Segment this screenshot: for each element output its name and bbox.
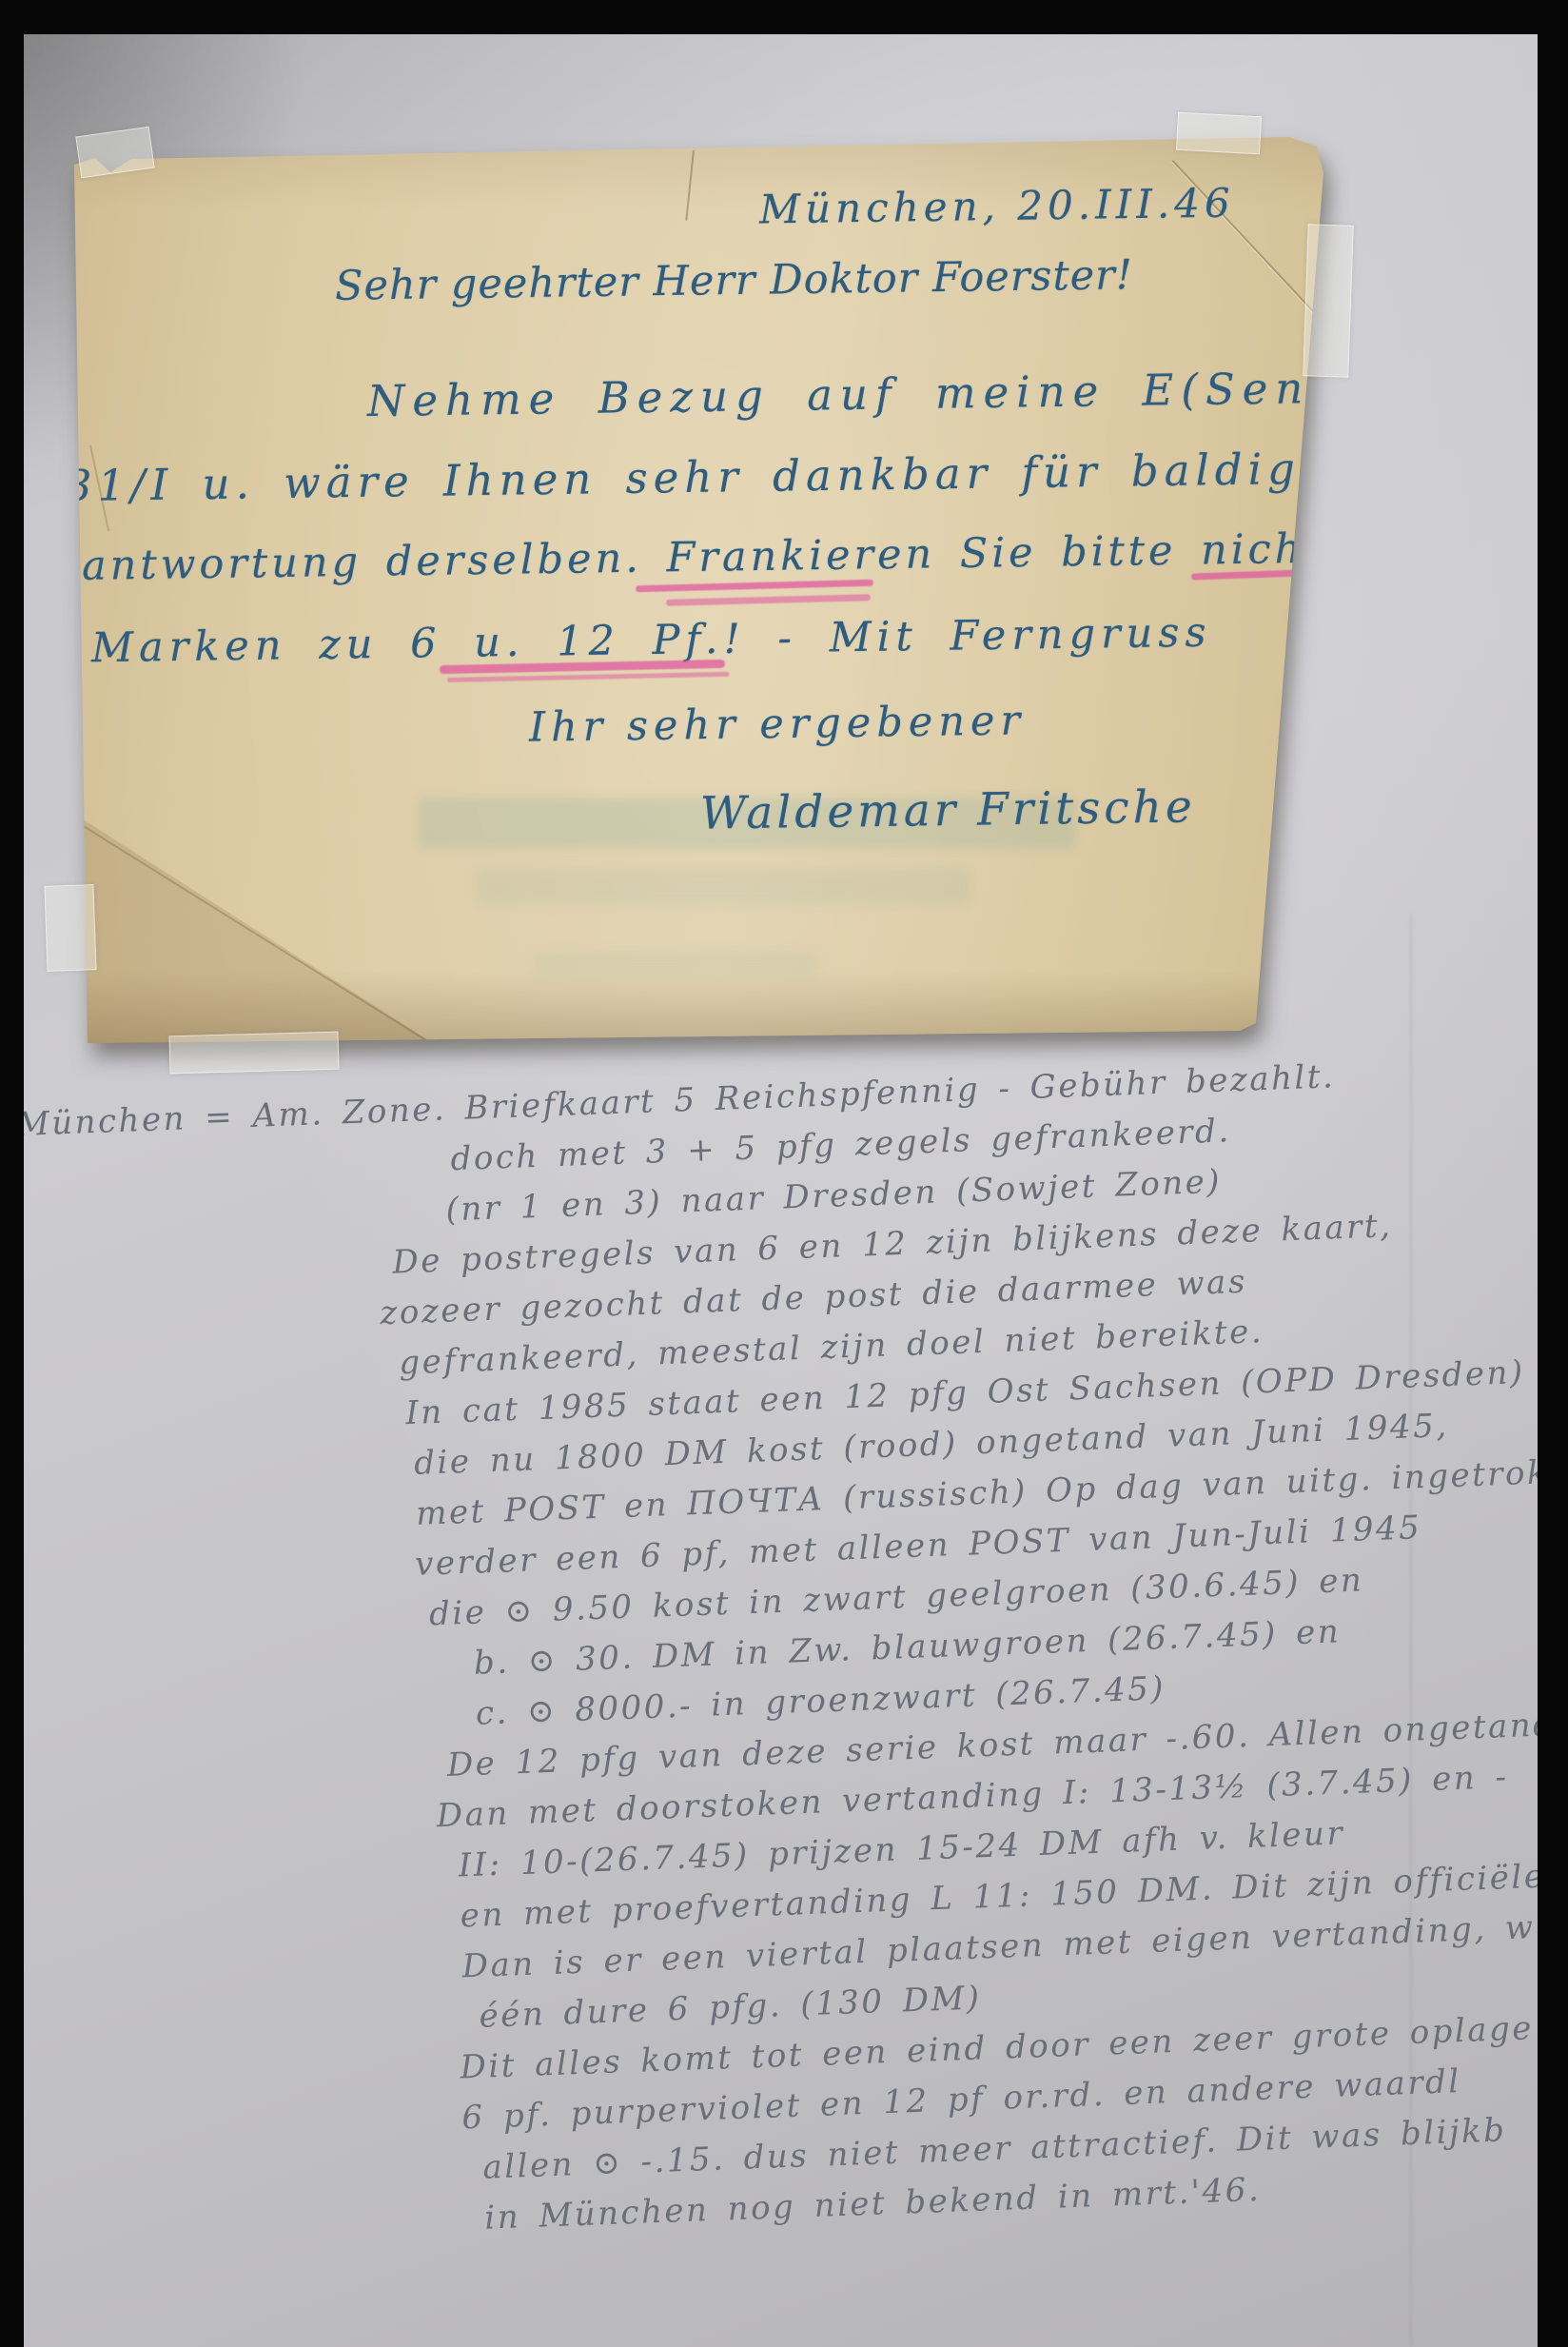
card-handwritten-line: Waldemar Fritsche — [700, 780, 1196, 839]
tape-piece — [44, 884, 96, 972]
photo-border-left — [0, 0, 24, 2347]
tape-piece — [169, 1032, 340, 1075]
pink-underline-frankieren — [666, 594, 871, 606]
crease-line — [1308, 533, 1332, 846]
card-handwritten-line: Nehme Bezug auf meine E(Sendung vom — [367, 359, 1568, 426]
card-handwritten-line: München, 20.III.46 — [759, 180, 1235, 233]
ghost-print-band — [533, 952, 818, 976]
card-handwritten-line: Ihr sehr ergebener — [529, 697, 1027, 751]
photo-border-right — [1538, 0, 1568, 2347]
card-handwritten-line: antwortung derselben. Frankieren Sie bit… — [82, 523, 1430, 590]
card-handwritten-line: 31/I u. wäre Ihnen sehr dankbar für bald… — [65, 442, 1449, 511]
crease-line — [685, 150, 695, 221]
tape-piece — [1176, 112, 1262, 155]
tape-piece — [1303, 224, 1354, 378]
album-page-photo: München, 20.III.46Sehr geehrter Herr Dok… — [0, 0, 1568, 2347]
ghost-print-band — [476, 868, 970, 904]
card-handwritten-line: Sehr geehrter Herr Doktor Foerster! — [335, 251, 1134, 310]
photo-border-top — [0, 0, 1568, 34]
